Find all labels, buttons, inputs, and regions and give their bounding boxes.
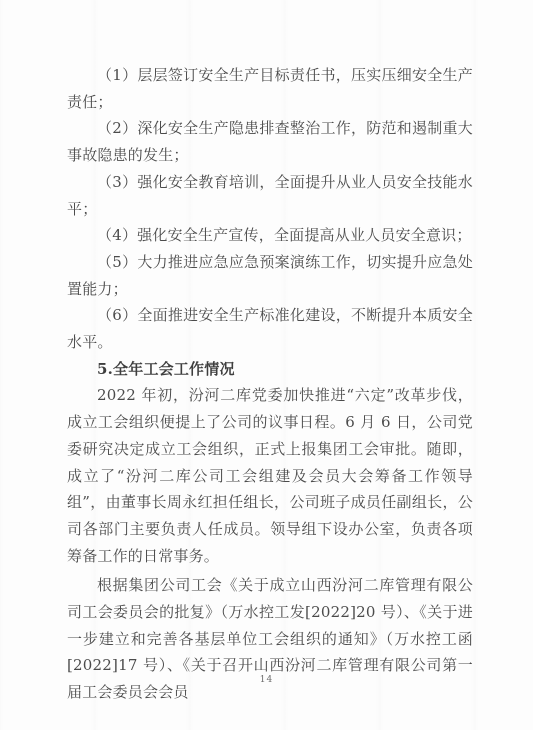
numbered-item-2: （2）深化安全生产隐患排查整治工作，防范和遏制重大事故隐患的发生；: [67, 115, 473, 168]
section-heading: 5.全年工会工作情况: [67, 356, 473, 383]
body-paragraph-1: 2022 年初，汾河二库党委加快推进“六定”改革步伐，成立工会组织便提上了公司的…: [67, 382, 473, 569]
body-paragraph-2: 根据集团公司工会《关于成立山西汾河二库管理有限公司工会委员会的批复》（万水控工发…: [67, 572, 473, 706]
numbered-item-3: （3）强化安全教育培训，全面提升从业人员安全技能水平；: [67, 169, 473, 222]
page-number: 14: [0, 675, 533, 685]
page-content: （1）层层签订安全生产目标责任书，压实压细安全生产责任； （2）深化安全生产隐患…: [67, 62, 473, 706]
numbered-item-6: （6）全面推进安全生产标准化建设，不断提升本质安全水平。: [67, 302, 473, 355]
numbered-item-1: （1）层层签订安全生产目标责任书，压实压细安全生产责任；: [67, 62, 473, 115]
numbered-item-4: （4）强化安全生产宣传，全面提高从业人员安全意识；: [67, 222, 473, 249]
numbered-item-5: （5）大力推进应急应急预案演练工作，切实提升应急处置能力；: [67, 249, 473, 302]
document-page: （1）层层签订安全生产目标责任书，压实压细安全生产责任； （2）深化安全生产隐患…: [0, 0, 533, 730]
